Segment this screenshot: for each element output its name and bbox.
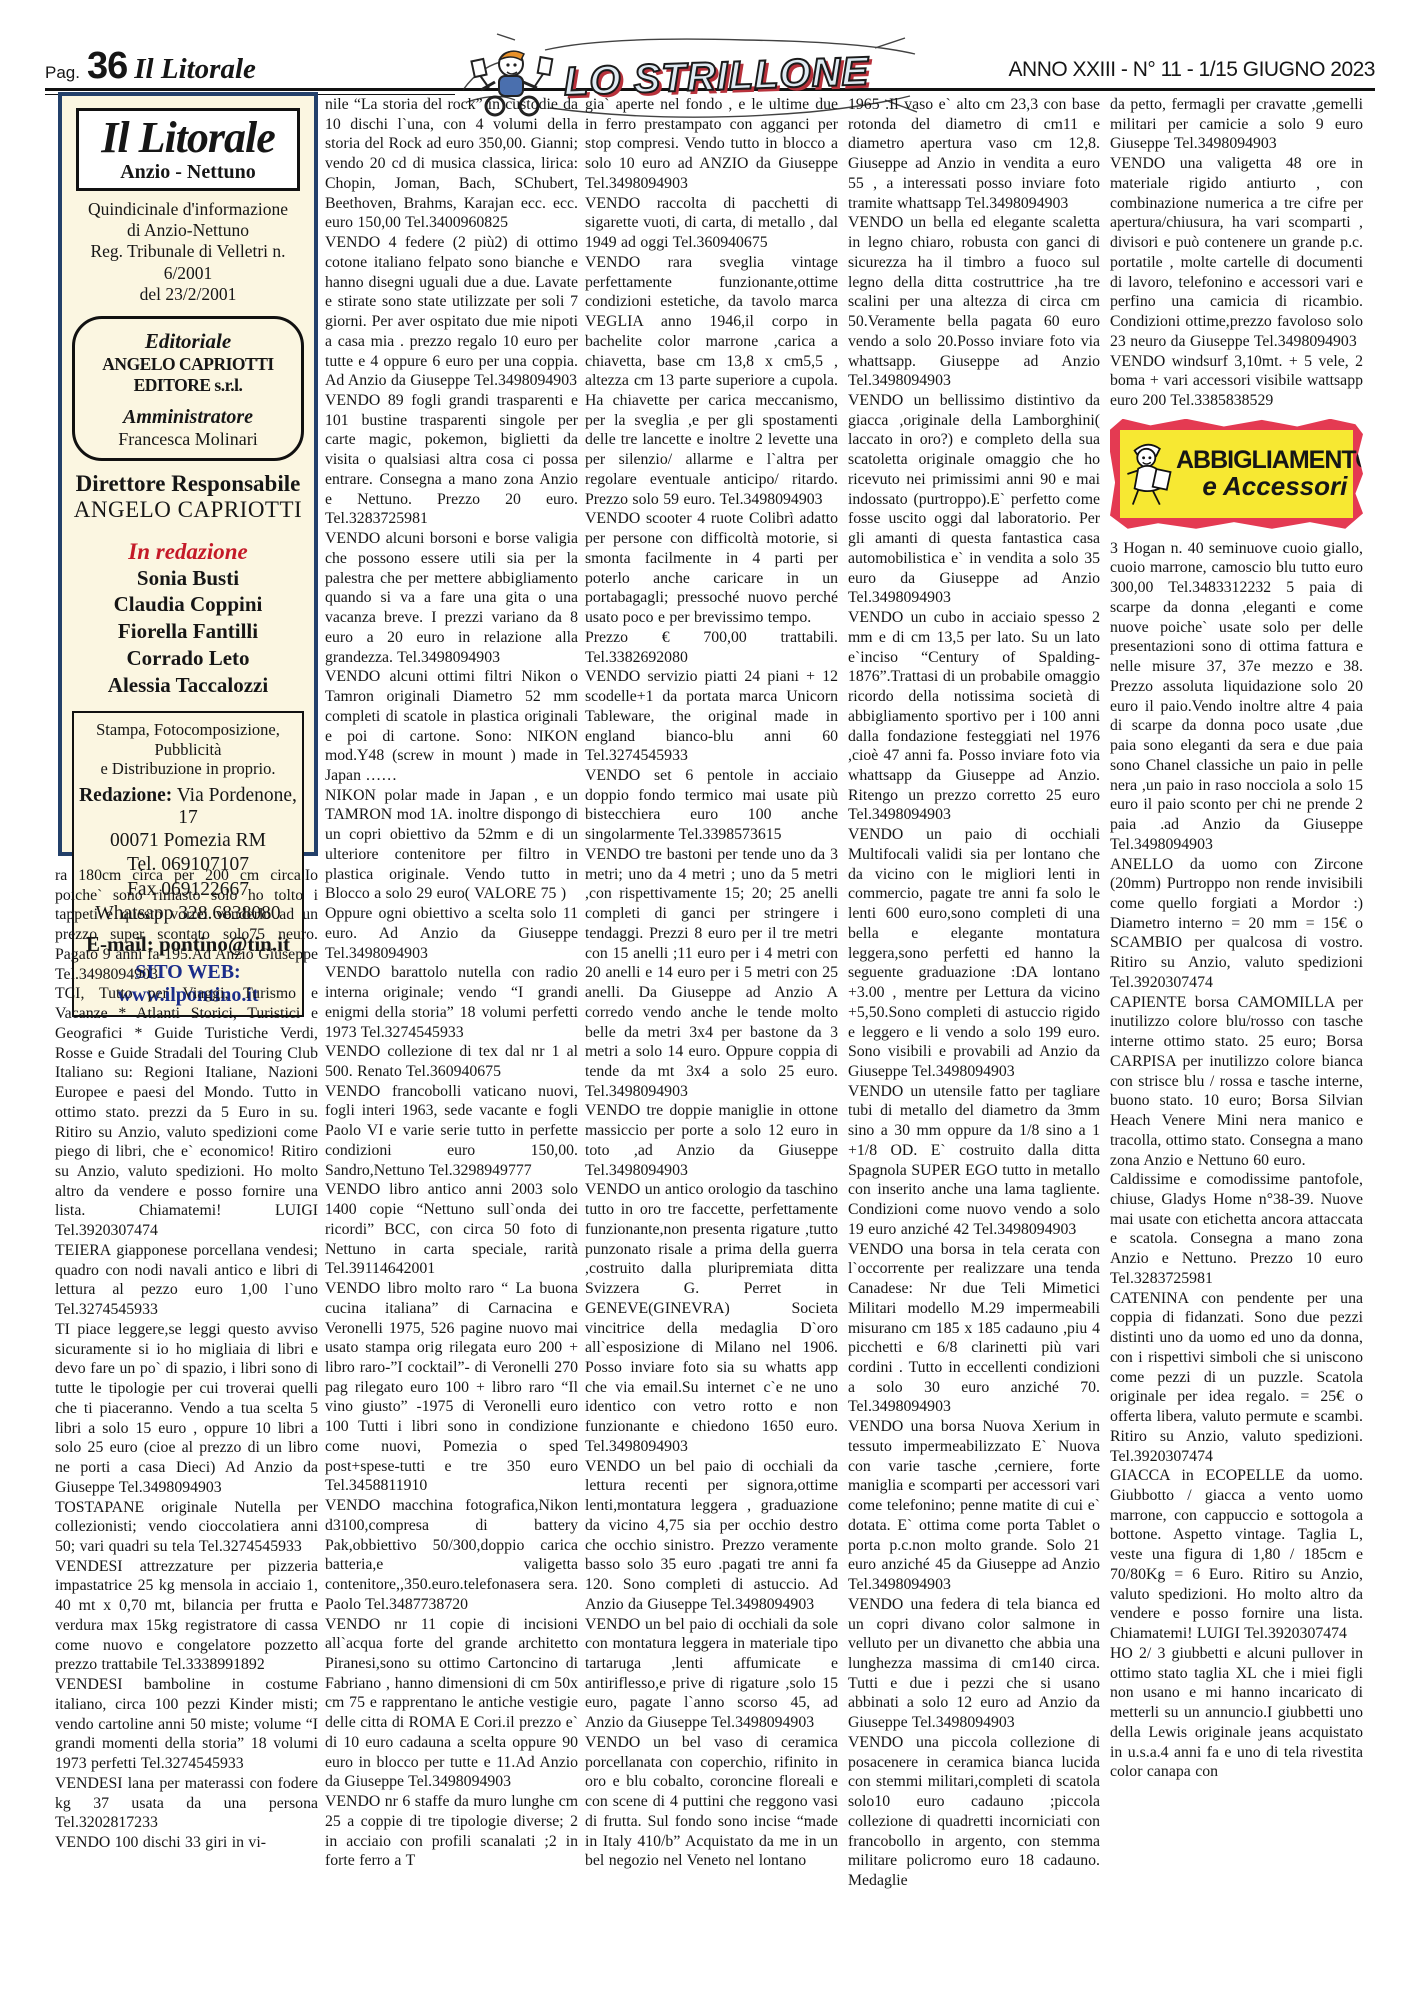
address-line: 00071 Pomezia RM [78, 829, 298, 853]
masthead-info-line: di Anzio-Nettuno [68, 220, 308, 241]
classified-ad: TOSTAPANE originale Nutella per collezio… [55, 1498, 318, 1557]
classified-ad: HO 2/ 3 giubbetti e alcuni pullover in o… [1110, 1644, 1363, 1782]
admin-label: Amministratore [81, 406, 295, 429]
classified-ad: VENDO 100 dischi 33 giri in vi- [55, 1833, 318, 1853]
classified-ad: VENDO una borsa Nuova Xerium in tessuto … [848, 1417, 1100, 1595]
staff-list: Sonia BustiClaudia CoppiniFiorella Fanti… [62, 565, 314, 699]
classified-ad: ra 180cm circa per 200 cm circa.Io poich… [55, 866, 318, 984]
classified-ad: VENDO nr 6 staffe da muro lunghe cm 25 a… [325, 1792, 578, 1871]
abbigliamento-badge: ABBIGLIAMENTO e Accessori [1110, 419, 1363, 529]
classified-ad: VENDO nr 11 copie di incisioni all`acqua… [325, 1615, 578, 1793]
classifieds-column-2: nile “La storia del rock” in custodie da… [325, 95, 578, 1990]
classified-ad: VENDO un bel vaso di ceramica porcellana… [585, 1733, 838, 1871]
classified-ad: nile “La storia del rock” in custodie da… [325, 95, 578, 233]
badge-title: ABBIGLIAMENTO [1176, 448, 1363, 473]
classified-ad: ANELLO da uomo con Zircone (20mm) Purtro… [1110, 855, 1363, 993]
classified-ad: CATENINA con pendente per una coppia di … [1110, 1289, 1363, 1467]
director-label: Direttore Responsabile [62, 471, 314, 497]
masthead-info: Quindicinale d'informazionedi Anzio-Nett… [68, 199, 308, 306]
staff-member: Claudia Coppini [62, 591, 314, 618]
classified-ad: VENDESI lana per materassi con fodere kg… [55, 1774, 318, 1833]
classified-ad: VENDO rara sveglia vintage perfettamente… [585, 253, 838, 510]
newspaper-page: Pag. 36 Il Litorale ANNO XXIII - N° 11 -… [0, 0, 1420, 2000]
classified-ad: VENDO una federa di tela bianca ed un co… [848, 1595, 1100, 1733]
classified-ad: VENDO un bel paio di occhiali da lettura… [585, 1457, 838, 1615]
staff-member: Alessia Taccalozzi [62, 672, 314, 699]
classified-ad: VENDO un cubo in acciaio spesso 2 mm e d… [848, 608, 1100, 825]
classified-ad: VENDO collezione di tex dal nr 1 al 500.… [325, 1042, 578, 1081]
classifieds-column-5: da petto, fermagli per cravatte ,gemelli… [1110, 95, 1363, 1990]
classified-ad: VENDO un bellissimo distintivo da giacca… [848, 391, 1100, 608]
services-line: Stampa, Fotocomposizione, Pubblicità [78, 720, 298, 760]
classified-ad: TCI, Tutto per Viaggi, Turismo e Vacanze… [55, 984, 318, 1241]
classified-ad: VENDO un utensile fatto per tagliare tub… [848, 1082, 1100, 1240]
masthead-info-line: del 23/2/2001 [68, 284, 308, 305]
classified-ad: VENDO tre bastoni per tende uno da 3 met… [585, 845, 838, 1102]
classified-ad: VENDO un paio di occhiali Multifocali va… [848, 825, 1100, 1082]
classified-ad: TEIERA giapponese porcellana vendesi; qu… [55, 1241, 318, 1320]
classified-ad: VENDO scooter 4 ruote Colibrì adatto per… [585, 509, 838, 627]
staff-member: Fiorella Fantilli [62, 618, 314, 645]
classified-ad: VENDO un antico orologio da taschino tut… [585, 1180, 838, 1456]
page-label: Pag. [45, 63, 80, 83]
classified-ad: VENDO 89 fogli grandi trasparenti e 101 … [325, 391, 578, 529]
staff-label: In redazione [62, 539, 314, 565]
editorial-box: Editoriale ANGELO CAPRIOTTI EDITORE s.r.… [72, 316, 304, 461]
badge-text: ABBIGLIAMENTO e Accessori [1176, 448, 1363, 500]
classified-ad: 3 Hogan n. 40 seminuove cuoio giallo, cu… [1110, 539, 1363, 855]
classified-ad: Oppure ogni obiettivo a scelta solo 11 e… [325, 904, 578, 963]
admin-name: Francesca Molinari [81, 429, 295, 450]
page-number-group: Pag. 36 Il Litorale [45, 51, 256, 86]
badge-subtitle: e Accessori [1176, 473, 1363, 500]
classified-ad: NIKON polar made in Japan , e un TAMRON … [325, 786, 578, 904]
classifieds-column-3: gia` aperte nel fondo , e le ultime due … [585, 95, 838, 1990]
editorial-label: Editoriale [81, 329, 295, 354]
services-line: e Distribuzione in proprio. [78, 759, 298, 779]
masthead-info-line: Quindicinale d'informazione [68, 199, 308, 220]
masthead-subtitle: Anzio - Nettuno [83, 161, 293, 184]
classified-ad: VENDO un bella ed elegante scaletta in l… [848, 213, 1100, 391]
classified-ad: VENDO francobolli vaticano nuovi, fogli … [325, 1082, 578, 1181]
classified-ad: VENDO una piccola collezione di posacene… [848, 1733, 1100, 1891]
classified-ad: VENDO tre doppie maniglie in ottone mass… [585, 1101, 838, 1180]
classified-ad: VENDO libro antico anni 2003 solo 1400 c… [325, 1180, 578, 1279]
page-number: 36 [87, 51, 127, 81]
classified-ad: GIACCA in ECOPELLE da uomo. Giubbotto / … [1110, 1466, 1363, 1644]
classified-ad: VENDO barattolo nutella con radio intern… [325, 963, 578, 1042]
classified-ad: TI piace leggere,se leggi questo avviso … [55, 1320, 318, 1498]
masthead-box: Il Litorale Anzio - Nettuno Quindicinale… [58, 92, 318, 856]
classifieds-column-5-bottom: 3 Hogan n. 40 seminuove cuoio giallo, cu… [1110, 539, 1363, 1782]
editorial-name: ANGELO CAPRIOTTI EDITORE s.r.l. [81, 354, 295, 396]
redazione-label: Redazione: [79, 785, 172, 806]
classified-ad: CAPIENTE borsa CAMOMILLA per inutilizzo … [1110, 993, 1363, 1171]
issue-info: ANNO XXIII - N° 11 - 1/15 GIUGNO 2023 [1009, 58, 1375, 82]
classified-ad: VENDO una borsa in tela cerata con l`occ… [848, 1240, 1100, 1418]
classified-ad: VENDO raccolta di pacchetti di sigarette… [585, 194, 838, 253]
classifieds-column-4: 1965 .Il vaso e` alto cm 23,3 con base r… [848, 95, 1100, 1990]
classified-ad: VENDO un bel paio di occhiali da sole co… [585, 1615, 838, 1733]
classified-ad: VENDO alcuni borsoni e borse valigia che… [325, 529, 578, 667]
classified-ad: VENDO alcuni ottimi filtri Nikon o Tamro… [325, 667, 578, 785]
classified-ad: Prezzo € 700,00 trattabili. Tel.33826920… [585, 628, 838, 667]
classified-ad: VENDO una valigetta 48 ore in materiale … [1110, 154, 1363, 351]
classified-ad: VENDESI bamboline in costume italiano, c… [55, 1675, 318, 1774]
classified-ad: VENDO windsurf 3,10mt. + 5 vele, 2 boma … [1110, 352, 1363, 411]
classifieds-column-5-top: da petto, fermagli per cravatte ,gemelli… [1110, 95, 1363, 411]
abbigliamento-badge-inner: ABBIGLIAMENTO e Accessori [1120, 430, 1353, 518]
classifieds-column-1: ra 180cm circa per 200 cm circa.Io poich… [55, 866, 318, 1944]
services-lines: Stampa, Fotocomposizione, Pubblicitàe Di… [78, 720, 298, 779]
badge-cartoon-figure [1122, 437, 1176, 511]
classified-ad: VENDO set 6 pentole in acciaio doppio fo… [585, 766, 838, 845]
masthead-title-box: Il Litorale Anzio - Nettuno [76, 108, 300, 191]
classified-ad: 1965 .Il vaso e` alto cm 23,3 con base r… [848, 95, 1100, 213]
classified-ad: VENDO 4 federe (2 più2) di ottimo cotone… [325, 233, 578, 391]
staff-member: Sonia Busti [62, 565, 314, 592]
masthead-title: Il Litorale [83, 117, 293, 159]
classified-ad: VENDESI attrezzature per pizzeria impast… [55, 1557, 318, 1675]
director-name: ANGELO CAPRIOTTI [62, 497, 314, 523]
classified-ad: VENDO libro molto raro “ La buona cucina… [325, 1279, 578, 1496]
classified-ad: Caldissime e comodissime pantofole, chiu… [1110, 1170, 1363, 1288]
redazione-line: Redazione: Via Pordenone, 17 [78, 785, 298, 829]
classified-ad: VENDO macchina fotografica,Nikon d3100,c… [325, 1496, 578, 1614]
classified-ad: gia` aperte nel fondo , e le ultime due … [585, 95, 838, 194]
staff-member: Corrado Leto [62, 645, 314, 672]
redazione-address: Via Pordenone, 17 [172, 785, 297, 828]
classified-ad: da petto, fermagli per cravatte ,gemelli… [1110, 95, 1363, 154]
paper-name: Il Litorale [134, 53, 256, 86]
masthead-info-line: Reg. Tribunale di Velletri n. 6/2001 [68, 241, 308, 284]
classified-ad: VENDO servizio piatti 24 piani + 12 scod… [585, 667, 838, 766]
